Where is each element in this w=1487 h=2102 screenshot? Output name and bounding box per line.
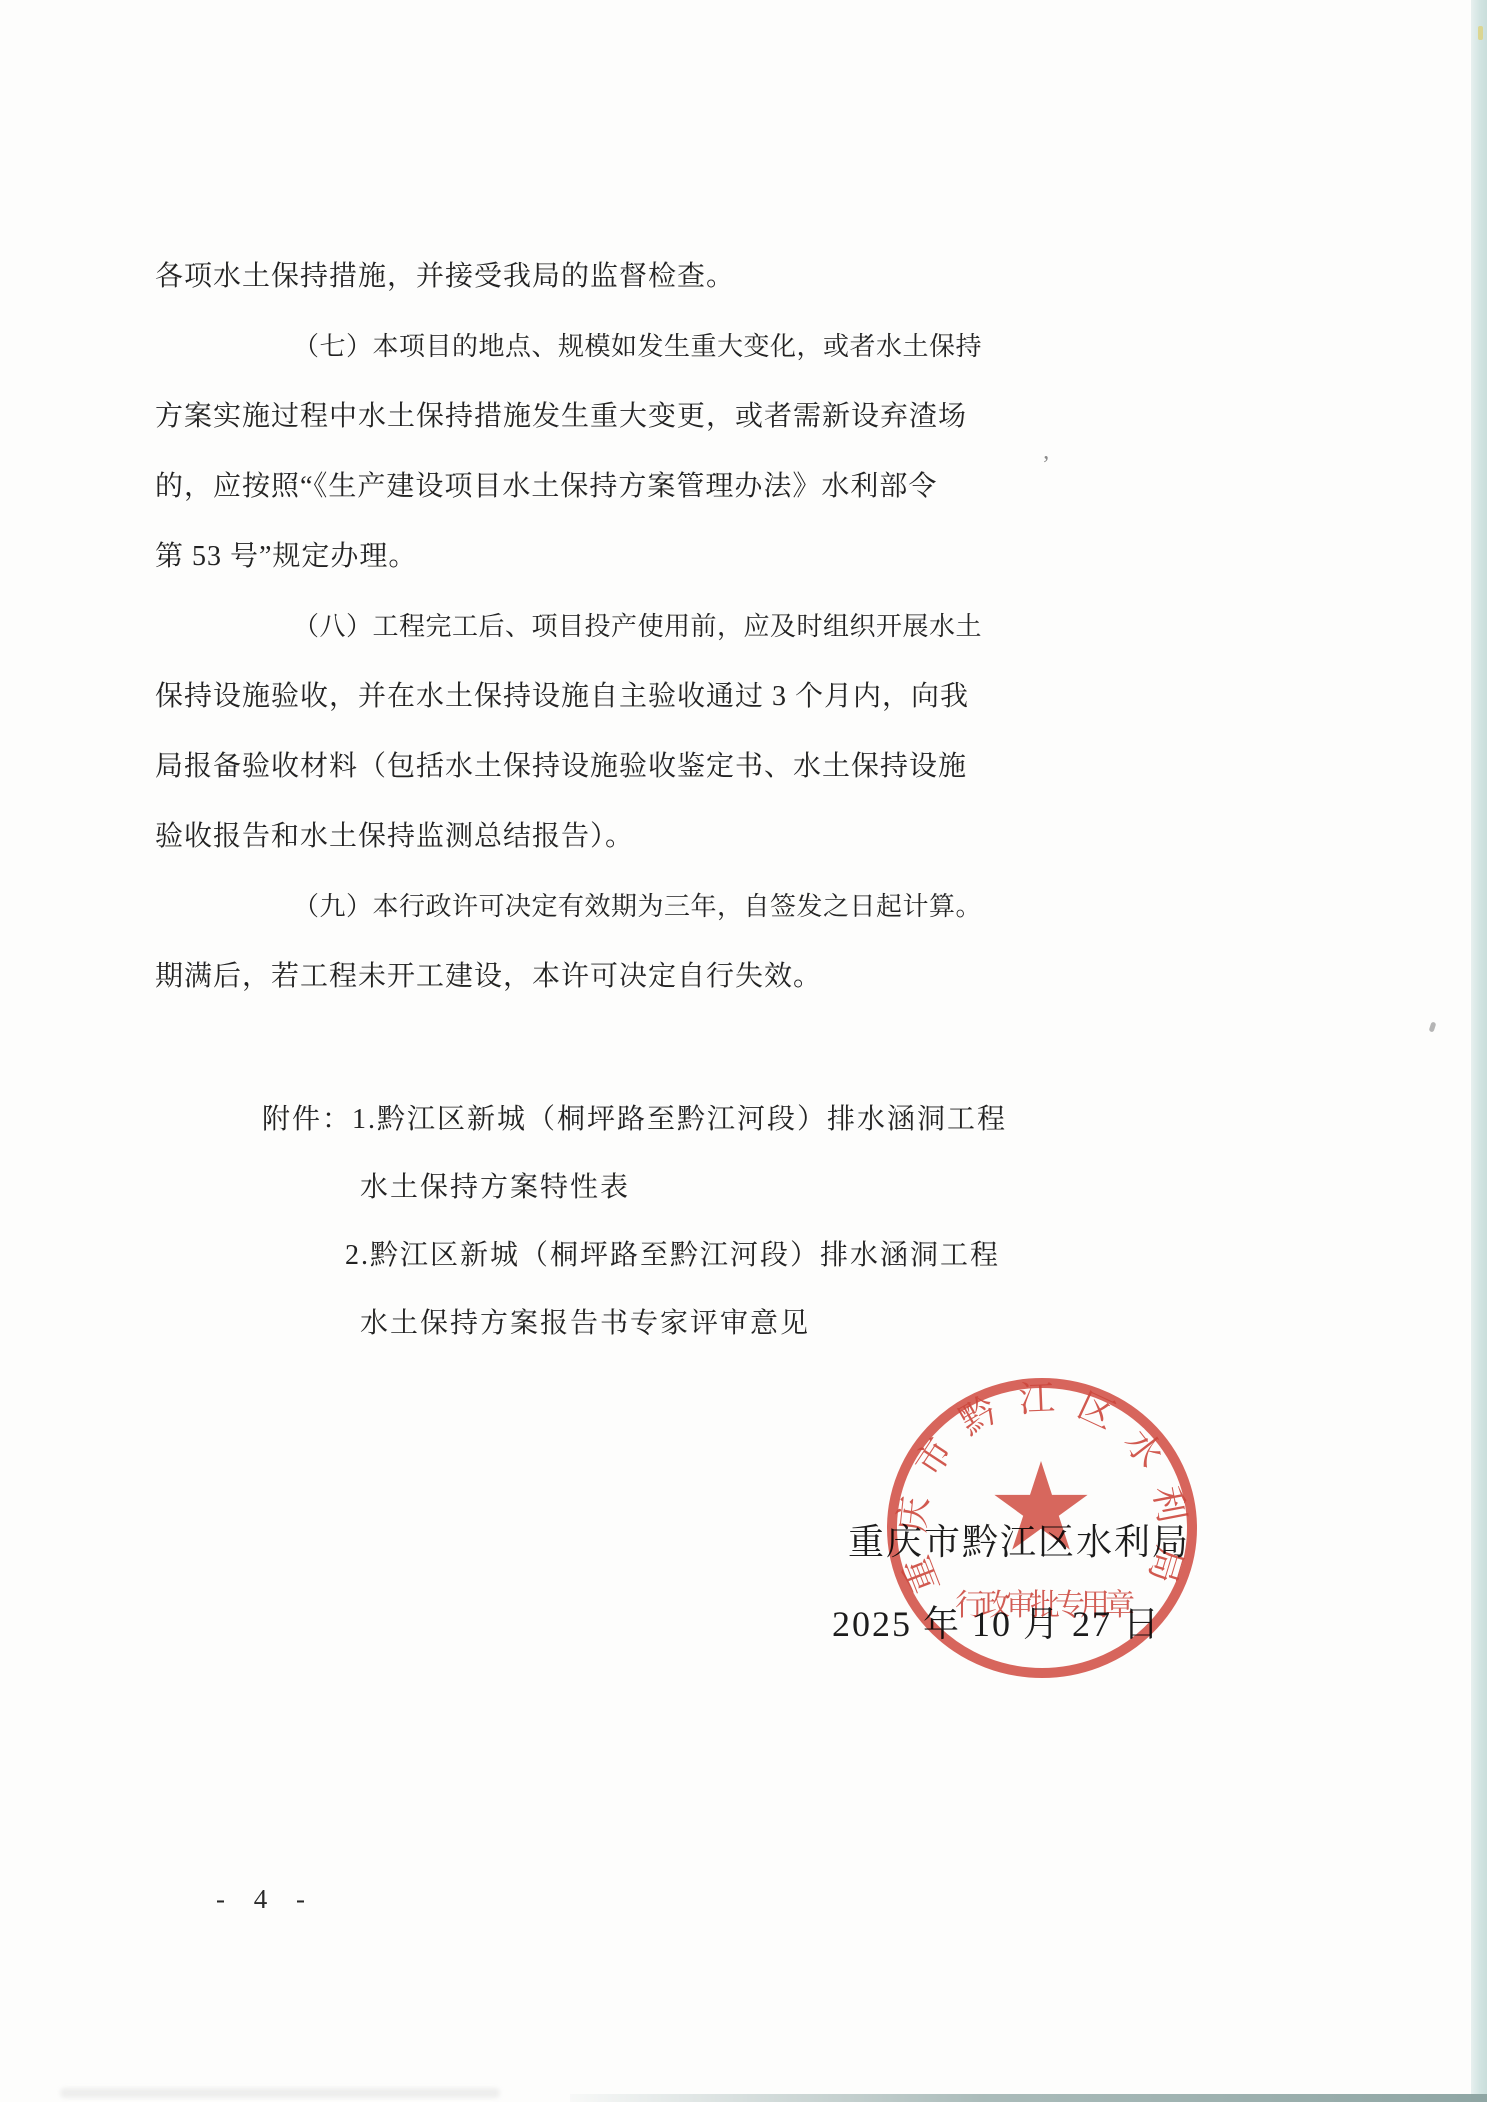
scan-fleck <box>1478 26 1483 40</box>
body-line: 各项水土保持措施，并接受我局的监督检查。 <box>155 242 1015 312</box>
scan-artifact-tick <box>1429 1021 1437 1032</box>
body-line: 局报备验收材料（包括水土保持设施验收鉴定书、水土保持设施 <box>155 732 1015 802</box>
attachment-line: 附件：1.黔江区新城（桐坪路至黔江河段）排水涵洞工程 <box>262 1086 1162 1154</box>
body-line: （八）工程完工后、项目投产使用前，应及时组织开展水土 <box>155 592 1015 662</box>
body-text-block: 各项水土保持措施，并接受我局的监督检查。 （七）本项目的地点、规模如发生重大变化… <box>155 242 1015 1012</box>
body-line: 期满后，若工程未开工建设，本许可决定自行失效。 <box>155 942 1015 1012</box>
body-line: （九）本行政许可决定有效期为三年，自签发之日起计算。 <box>155 872 1015 942</box>
scan-edge-right <box>1471 0 1487 2102</box>
document-page: 各项水土保持措施，并接受我局的监督检查。 （七）本项目的地点、规模如发生重大变化… <box>0 0 1487 2102</box>
scan-artifact-quote: ’ <box>1042 452 1050 479</box>
body-line: 验收报告和水土保持监测总结报告）。 <box>155 802 1015 872</box>
body-line: 第 53 号”规定办理。 <box>155 522 1015 592</box>
attachment-line: 水土保持方案特性表 <box>262 1154 1162 1222</box>
signing-date: 2025 年 10 月 27 日 <box>832 1596 1161 1647</box>
body-line: （七）本项目的地点、规模如发生重大变化，或者水土保持 <box>155 312 1015 382</box>
attachment-line: 水土保持方案报告书专家评审意见 <box>262 1290 1162 1358</box>
scan-smudge <box>60 2088 500 2098</box>
body-line: 的，应按照“《生产建设项目水土保持方案管理办法》水利部令 <box>155 452 1015 522</box>
scan-edge-bottom <box>570 2094 1487 2102</box>
attachment-list: 附件：1.黔江区新城（桐坪路至黔江河段）排水涵洞工程 水土保持方案特性表 2.黔… <box>262 1086 1162 1358</box>
page-number: - 4 - <box>216 1884 316 1915</box>
attachment-line: 2.黔江区新城（桐坪路至黔江河段）排水涵洞工程 <box>262 1222 1162 1290</box>
signing-organization: 重庆市黔江区水利局 <box>848 1514 1190 1565</box>
body-line: 方案实施过程中水土保持措施发生重大变更，或者需新设弃渣场 <box>155 382 1015 452</box>
body-line: 保持设施验收，并在水土保持设施自主验收通过 3 个月内，向我 <box>155 662 1015 732</box>
